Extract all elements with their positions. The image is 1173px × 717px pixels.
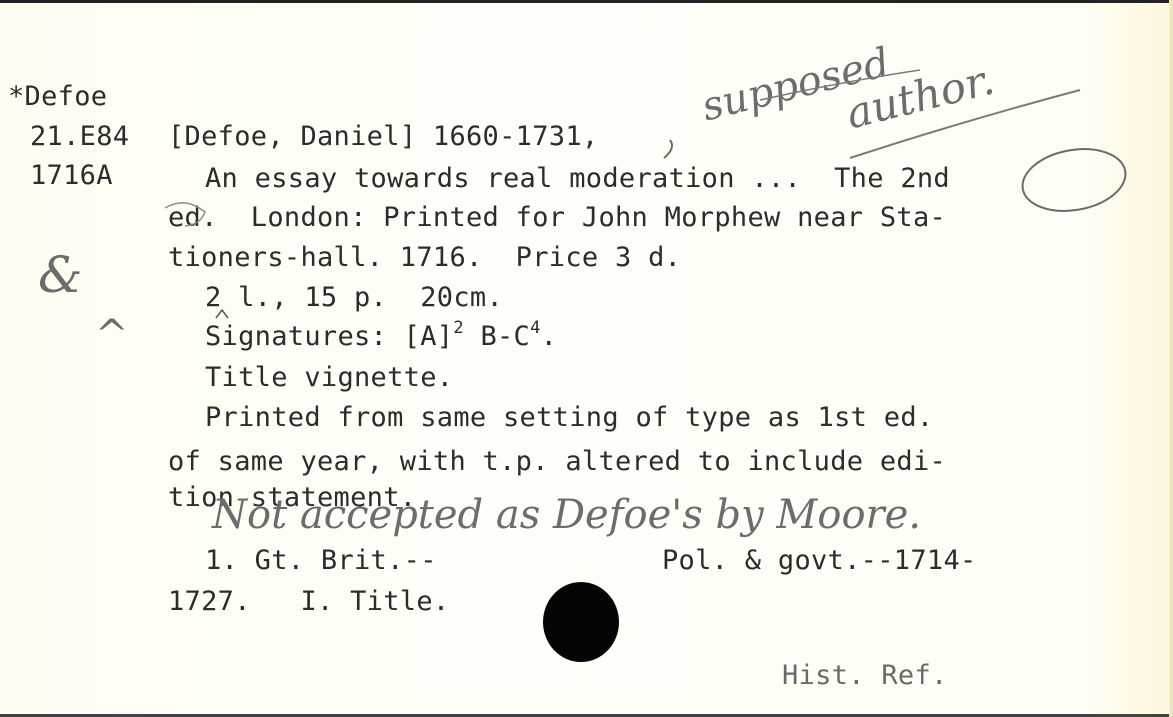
- catalog-card: *Defoe 21.E84 1716A [Defoe, Daniel] 1660…: [0, 0, 1173, 717]
- pencil-annotations: [0, 0, 1173, 717]
